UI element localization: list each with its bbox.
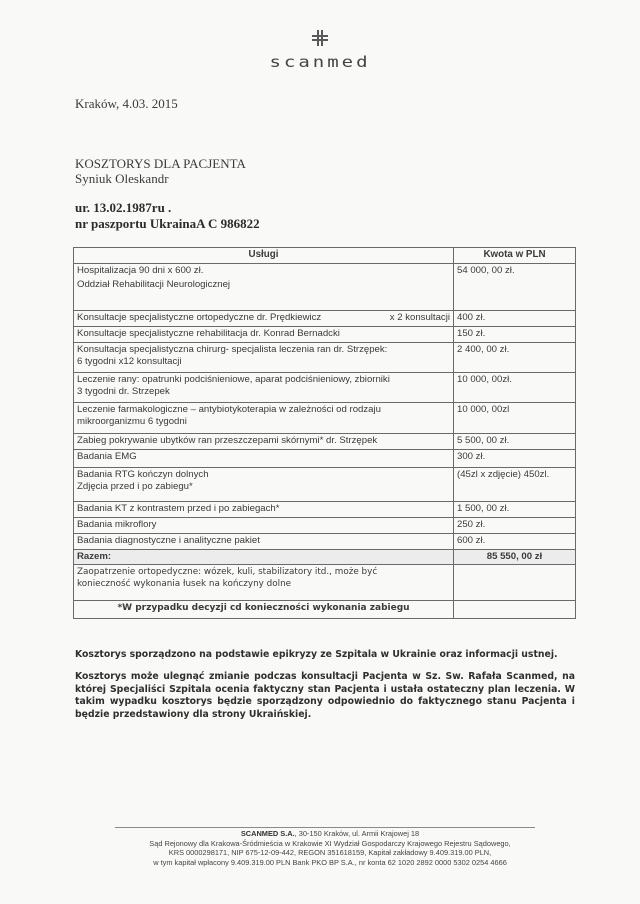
service-cell: x 2 konsultacjiKonsultacje specjalistycz…: [74, 311, 454, 327]
footer-address: , 30-150 Kraków, ul. Armii Krajowej 18: [295, 829, 419, 838]
service-line-1: Hospitalizacja 90 dni x 600 zł.: [77, 265, 450, 277]
service-line-2: 6 tygodni x12 konsultacji: [77, 356, 450, 368]
table-row: Hospitalizacja 90 dni x 600 zł.Oddział R…: [74, 264, 576, 311]
header-services: Usługi: [74, 248, 454, 264]
amount-cell: 600 zł.: [454, 534, 576, 550]
service-cell: Konsultacje specjalistyczne rehabilitacj…: [74, 327, 454, 343]
patient-details: ur. 13.02.1987ru . nr paszportu UkrainaA…: [75, 200, 260, 232]
logo-text: scanmed: [0, 53, 640, 71]
amount-cell: 1 500, 00 zł.: [454, 502, 576, 518]
service-line-1: Badania mikroflory: [77, 519, 450, 531]
table-header-row: Usługi Kwota w PLN: [74, 248, 576, 264]
footer-court: Sąd Rejonowy dla Krakowa-Śródmieścia w K…: [80, 839, 580, 849]
service-line-1: Badania EMG: [77, 451, 450, 463]
total-amount: 85 550, 00 zł: [454, 550, 576, 565]
footnote-amount: [454, 601, 576, 619]
service-line-2: 3 tygodni dr. Strzepek: [77, 386, 450, 398]
passport-number: nr paszportu UkrainaA C 986822: [75, 216, 260, 232]
footnote-cell: *W przypadku decyzji cd konieczności wyk…: [74, 601, 454, 619]
table-row: Badania EMG300 zł.: [74, 450, 576, 468]
table-row: Konsultacja specjalistyczna chirurg- spe…: [74, 343, 576, 373]
supply-line-2: konieczność wykonania łusek na kończyny …: [77, 578, 450, 590]
footer-company: SCANMED S.A.: [241, 829, 295, 838]
note-paragraph-2: Kosztorys może ulegnąć zmianie podczas k…: [75, 671, 575, 721]
table-row: Leczenie rany: opatrunki podciśnieniowe,…: [74, 373, 576, 403]
table-row: Badania KT z kontrastem przed i po zabie…: [74, 502, 576, 518]
footer-registry: KRS 0000298171, NIP 675-12-09-442, REGON…: [80, 848, 580, 858]
footer-bank: w tym kapitał wpłacony 9.409.319.00 PLN …: [80, 858, 580, 868]
birth-date: ur. 13.02.1987ru .: [75, 200, 260, 216]
amount-cell: 300 zł.: [454, 450, 576, 468]
service-cell: Hospitalizacja 90 dni x 600 zł.Oddział R…: [74, 264, 454, 311]
table-row: Badania mikroflory250 zł.: [74, 518, 576, 534]
amount-cell: 54 000, 00 zł.: [454, 264, 576, 311]
service-line-1: Zabieg pokrywanie ubytków ran przeszczep…: [77, 435, 450, 447]
scanmed-logo: scanmed: [0, 30, 640, 73]
amount-cell: (45zl x zdjęcie) 450zl.: [454, 468, 576, 502]
table-row: Badania diagnostyczne i analityczne paki…: [74, 534, 576, 550]
amount-cell: 250 zł.: [454, 518, 576, 534]
amount-cell: 400 zł.: [454, 311, 576, 327]
footer-divider: [115, 827, 535, 828]
header-amount: Kwota w PLN: [454, 248, 576, 264]
total-label: Razem:: [74, 550, 454, 565]
table-row: Badania RTG kończyn dolnychZdjęcia przed…: [74, 468, 576, 502]
place-date: Kraków, 4.03. 2015: [75, 96, 178, 112]
amount-cell: 10 000, 00zł.: [454, 373, 576, 403]
supply-row: Zaopatrzenie ortopedyczne: wózek, kuli, …: [74, 565, 576, 601]
service-line-1: Badania KT z kontrastem przed i po zabie…: [77, 503, 450, 515]
cost-table: Usługi Kwota w PLN Hospitalizacja 90 dni…: [73, 247, 576, 619]
service-cell: Zabieg pokrywanie ubytków ran przeszczep…: [74, 434, 454, 450]
service-cell: Leczenie rany: opatrunki podciśnieniowe,…: [74, 373, 454, 403]
note-paragraph-1: Kosztorys sporządzono na podstawie epikr…: [75, 649, 575, 662]
service-line-1: Konsultacje specjalistyczne rehabilitacj…: [77, 328, 450, 340]
patient-name: Syniuk Oleskandr: [75, 171, 246, 186]
service-line-1: Konsultacja specjalistyczna chirurg- spe…: [77, 344, 450, 356]
service-line-1: Badania diagnostyczne i analityczne paki…: [77, 535, 450, 547]
service-cell: Konsultacja specjalistyczna chirurg- spe…: [74, 343, 454, 373]
service-line-2: Oddział Rehabilitacji Neurologicznej: [77, 279, 450, 291]
service-cell: Badania diagnostyczne i analityczne paki…: [74, 534, 454, 550]
cross-icon: [312, 30, 328, 46]
service-cell: Badania KT z kontrastem przed i po zabie…: [74, 502, 454, 518]
total-row: Razem: 85 550, 00 zł: [74, 550, 576, 565]
service-quantity: x 2 konsultacji: [390, 312, 450, 324]
supply-amount: [454, 565, 576, 601]
footnote-row: *W przypadku decyzji cd konieczności wyk…: [74, 601, 576, 619]
service-cell: Badania mikroflory: [74, 518, 454, 534]
service-cell: Leczenie farmakologiczne – antybiotykote…: [74, 403, 454, 434]
service-line-2: mikroorganizmu 6 tygodni: [77, 416, 450, 428]
service-line-1: Badania RTG kończyn dolnych: [77, 469, 450, 481]
supply-line-1: Zaopatrzenie ortopedyczne: wózek, kuli, …: [77, 566, 450, 578]
table-row: Zabieg pokrywanie ubytków ran przeszczep…: [74, 434, 576, 450]
table-row: x 2 konsultacjiKonsultacje specjalistycz…: [74, 311, 576, 327]
service-cell: Badania RTG kończyn dolnychZdjęcia przed…: [74, 468, 454, 502]
document-title: KOSZTORYS DLA PACJENTA: [75, 156, 246, 171]
service-line-2: Zdjęcia przed i po zabiegu*: [77, 481, 450, 493]
company-footer: SCANMED S.A., 30-150 Kraków, ul. Armii K…: [80, 829, 580, 867]
supply-cell: Zaopatrzenie ortopedyczne: wózek, kuli, …: [74, 565, 454, 601]
amount-cell: 10 000, 00zl: [454, 403, 576, 434]
table-row: Konsultacje specjalistyczne rehabilitacj…: [74, 327, 576, 343]
document-title-block: KOSZTORYS DLA PACJENTA Syniuk Oleskandr: [75, 156, 246, 186]
amount-cell: 2 400, 00 zł.: [454, 343, 576, 373]
service-line-1: Leczenie farmakologiczne – antybiotykote…: [77, 404, 450, 416]
amount-cell: 150 zł.: [454, 327, 576, 343]
service-line-1: Leczenie rany: opatrunki podciśnieniowe,…: [77, 374, 450, 386]
table-row: Leczenie farmakologiczne – antybiotykote…: [74, 403, 576, 434]
service-cell: Badania EMG: [74, 450, 454, 468]
amount-cell: 5 500, 00 zł.: [454, 434, 576, 450]
